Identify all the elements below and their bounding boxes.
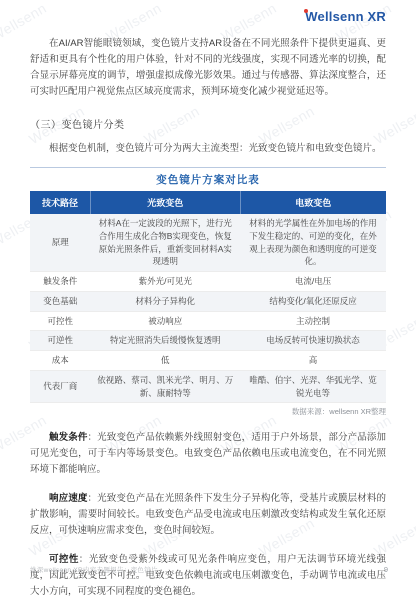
- section-intro-paragraph: 根据变色机制，变色镜片可分为两大主流类型：光致变色镜片和电致变色镜片。: [30, 141, 386, 157]
- row-label: 变色基础: [30, 291, 91, 311]
- table-row: 可逆性 特定光照消失后缓慢恢复透明 电场反转可快速切换状态: [30, 331, 386, 351]
- table-top-rule: [30, 167, 386, 168]
- column-header-tech-path: 技术路径: [30, 191, 91, 214]
- row-label: 可控性: [30, 311, 91, 331]
- analysis-term: 响应速度: [49, 493, 88, 504]
- analysis-paragraph-controllability: 可控性：光致变色受紫外线或可见光条件响应变色，用户无法调节环境光线强度，因此光致…: [30, 552, 386, 600]
- table-row: 成本 低 高: [30, 351, 386, 371]
- analysis-paragraph-response-speed: 响应速度：光致变色产品在光照条件下发生分子异构化等，受基片或膜层材料的扩散影响，…: [30, 491, 386, 539]
- cell-photochromic: 材料分子异构化: [91, 291, 241, 311]
- header: Wellsenn XR: [30, 8, 386, 26]
- row-label: 代表厂商: [30, 370, 91, 403]
- comparison-table: 技术路径 光致变色 电致变色 原理 材料A在一定波段的光照下，进行光合作用生成化…: [30, 191, 386, 403]
- section-heading: （三）变色镜片分类: [30, 116, 386, 131]
- row-label: 原理: [30, 214, 91, 272]
- intro-paragraph: 在AI/AR智能眼镜领域，变色镜片支持AR设备在不同光照条件下提供更逼真、更舒适…: [30, 36, 386, 100]
- analysis-paragraph-trigger: 触发条件：光致变色产品依赖紫外线照射变色，适用于户外场景，部分产品添加可见光变色…: [30, 430, 386, 478]
- cell-electrochromic: 材料的光学属性在外加电场的作用下发生稳定的、可逆的变化，在外观上表现为颜色和透明…: [240, 214, 386, 272]
- report-page: Wellsenn XR 在AI/AR智能眼镜领域，变色镜片支持AR设备在不同光照…: [0, 0, 416, 600]
- table-row: 代表厂商 依视路、蔡司、凯米光学、明月、万新、康耐特等 唯酷、伯宇、光羿、华弧光…: [30, 370, 386, 403]
- table-row: 原理 材料A在一定波段的光照下，进行光合作用生成化合物B实现变色，恢复原始光照条…: [30, 214, 386, 272]
- row-label: 成本: [30, 351, 91, 371]
- table-row: 触发条件 紫外光/可见光 电流/电压: [30, 272, 386, 292]
- cell-photochromic: 紫外光/可见光: [91, 272, 241, 292]
- column-header-electrochromic: 电致变色: [240, 191, 386, 214]
- table-row: 可控性 被动响应 主动控制: [30, 311, 386, 331]
- column-header-photochromic: 光致变色: [91, 191, 241, 214]
- cell-electrochromic: 电流/电压: [240, 272, 386, 292]
- table-title: 变色镜片方案对比表: [30, 172, 386, 187]
- footer-report-title: 维深wellsenn XR内容专题报告：变色镜片: [30, 565, 158, 574]
- analysis-term: 触发条件: [49, 432, 88, 443]
- logo-text: Wellsenn XR: [305, 9, 386, 24]
- cell-electrochromic: 结构变化/氧化还原反应: [240, 291, 386, 311]
- row-label: 触发条件: [30, 272, 91, 292]
- cell-photochromic: 依视路、蔡司、凯米光学、明月、万新、康耐特等: [91, 370, 241, 403]
- cell-electrochromic: 高: [240, 351, 386, 371]
- cell-electrochromic: 主动控制: [240, 311, 386, 331]
- table-row: 变色基础 材料分子异构化 结构变化/氧化还原反应: [30, 291, 386, 311]
- analysis-text: ：光致变色受紫外线或可见光条件响应变色，用户无法调节环境光线强度，因此光致变色不…: [30, 554, 386, 597]
- cell-electrochromic: 电场反转可快速切换状态: [240, 331, 386, 351]
- table-header-row: 技术路径 光致变色 电致变色: [30, 191, 386, 214]
- cell-electrochromic: 唯酷、伯宇、光羿、华弧光学、览锐光电等: [240, 370, 386, 403]
- cell-photochromic: 特定光照消失后缓慢恢复透明: [91, 331, 241, 351]
- analysis-term: 可控性: [49, 554, 79, 565]
- row-label: 可逆性: [30, 331, 91, 351]
- wellsenn-logo: Wellsenn XR: [305, 8, 386, 26]
- cell-photochromic: 低: [91, 351, 241, 371]
- page-number: 9: [384, 565, 388, 574]
- cell-photochromic: 材料A在一定波段的光照下，进行光合作用生成化合物B实现变色，恢复原始光照条件后，…: [91, 214, 241, 272]
- cell-photochromic: 被动响应: [91, 311, 241, 331]
- data-source-note: 数据来源：wellsenn XR整理: [30, 406, 386, 417]
- page-footer: 维深wellsenn XR内容专题报告：变色镜片 9: [30, 565, 388, 574]
